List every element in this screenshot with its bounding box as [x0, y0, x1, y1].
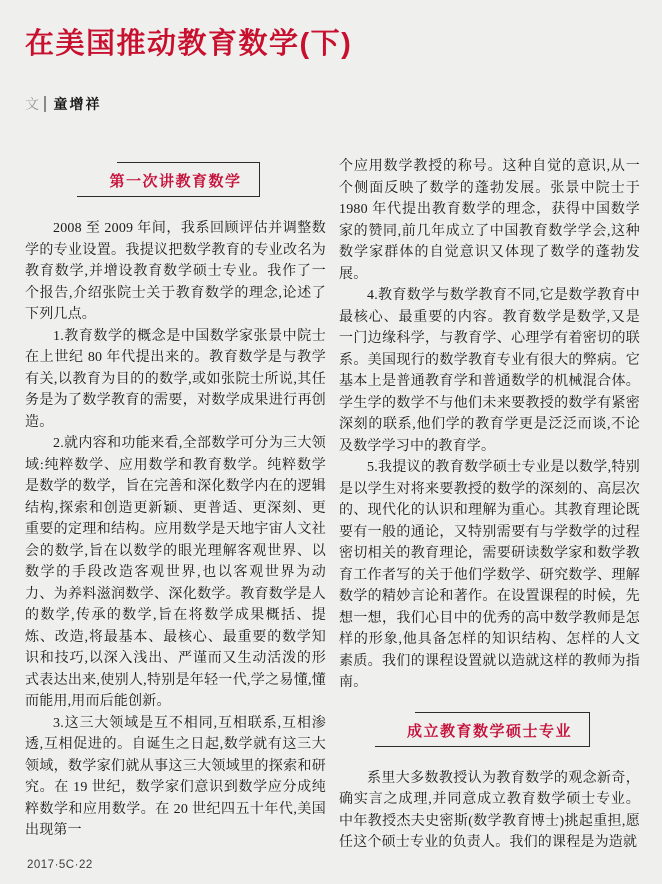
paragraph: 系里大多数教授认为教育数学的观念新奇，确实言之成理,并同意成立教育数学硕士专业。… — [339, 768, 640, 854]
byline-prefix: 文 — [25, 94, 40, 114]
page-footer-issue-number: 2017·5C·22 — [27, 859, 93, 871]
two-column-body: 第一次讲教育数学 2008 至 2009 年间，我系回顾评估并调整数学的专业设置… — [25, 156, 640, 854]
section-header-box-1: 第一次讲教育数学 — [91, 162, 259, 202]
paragraph: 4.教育数学与数学教育不同,它是数学教育中最核心、最重要的内容。教育数学是数学,… — [339, 285, 640, 457]
magazine-page: 在美国推动教育数学(下) 文 童增祥 第一次讲教育数学 2008 至 2009 … — [0, 0, 662, 884]
paragraph: 个应用数学教授的称号。这种自觉的意识,从一个侧面反映了数学的蓬勃发展。张景中院士… — [339, 156, 640, 285]
paragraph: 5.我提议的教育数学硕士专业是以数学,特别是以学生对将来要教授的数学的深刻的、高… — [339, 457, 640, 694]
byline: 文 童增祥 — [25, 94, 640, 114]
section-header-first-lecture: 第一次讲教育数学 — [109, 173, 241, 190]
section-header-box-2: 成立教育数学硕士专业 — [389, 712, 590, 752]
left-column-text: 2008 至 2009 年间，我系回顾评估并调整数学的专业设置。我提议把数学教育… — [25, 218, 326, 842]
byline-author: 童增祥 — [54, 94, 102, 114]
right-column-text-upper: 个应用数学教授的称号。这种自觉的意识,从一个侧面反映了数学的蓬勃发展。张景中院士… — [339, 156, 640, 694]
article-title: 在美国推动教育数学(下) — [25, 26, 640, 62]
right-column: 个应用数学教授的称号。这种自觉的意识,从一个侧面反映了数学的蓬勃发展。张景中院士… — [339, 156, 640, 854]
right-column-text-lower: 系里大多数教授认为教育数学的观念新奇，确实言之成理,并同意成立教育数学硕士专业。… — [339, 768, 640, 854]
byline-divider-bar — [44, 96, 46, 112]
paragraph: 2008 至 2009 年间，我系回顾评估并调整数学的专业设置。我提议把数学教育… — [25, 218, 326, 326]
section-header-establish-masters: 成立教育数学硕士专业 — [407, 723, 572, 740]
left-column: 第一次讲教育数学 2008 至 2009 年间，我系回顾评估并调整数学的专业设置… — [25, 156, 326, 854]
paragraph: 3.这三大领域是互不相同,互相联系,互相渗透,互相促进的。自诞生之日起,数学就有… — [25, 713, 326, 842]
paragraph: 1.教育数学的概念是中国数学家张景中院士在上世纪 80 年代提出来的。教育数学是… — [25, 326, 326, 434]
paragraph: 2.就内容和功能来看,全部数学可分为三大领域:纯粹数学、应用数学和教育数学。纯粹… — [25, 433, 326, 713]
